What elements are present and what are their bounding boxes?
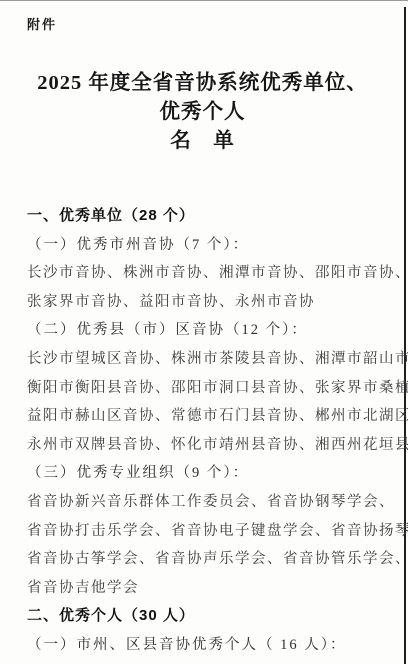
name-line: 省音协吉他学会 [27, 574, 378, 603]
document-title-line-2: 名 单 [27, 127, 378, 156]
document-title-line-1: 2025 年度全省音协系统优秀单位、优秀个人 [27, 69, 378, 127]
document-page: 附件 2025 年度全省音协系统优秀单位、优秀个人 名 单 一、优秀单位（28 … [0, 0, 408, 664]
document-content: 附件 2025 年度全省音协系统优秀单位、优秀个人 名 单 一、优秀单位（28 … [0, 0, 408, 660]
subsection-label-professional-organizations: （三）优秀专业组织（9 个）： [27, 459, 378, 488]
name-line: 长沙市望城区音协、株洲市茶陵县音协、湘潭市韶山市音协、 [27, 345, 378, 374]
name-line: 益阳市赫山区音协、常德市石门县音协、郴州市北湖区音协、 [27, 402, 378, 431]
name-line: 永州市双牌县音协、怀化市靖州县音协、湘西州花垣县音协 [27, 431, 378, 460]
name-line: 长沙市音协、株洲市音协、湘潭市音协、邵阳市音协、 [27, 259, 378, 288]
name-line: 省音协古筝学会、省音协声乐学会、省音协管乐学会、 [27, 545, 378, 574]
section-heading-outstanding-individuals: 二、优秀个人（30 人） [27, 602, 378, 631]
document-body: 一、优秀单位（28 个） （一）优秀市州音协（7 个）： 长沙市音协、株洲市音协… [27, 202, 378, 660]
attachment-label: 附件 [27, 14, 378, 33]
name-line: 张家界市音协、益阳市音协、永州市音协 [27, 288, 378, 317]
name-line: 省音协打击乐学会、省音协电子键盘学会、省音协扬琴学会、 [27, 517, 378, 546]
subsection-label-city-county-individuals: （一）市州、区县音协优秀个人（ 16 人）： [27, 631, 378, 660]
subsection-label-city-associations: （一）优秀市州音协（7 个）： [27, 231, 378, 260]
document-title: 2025 年度全省音协系统优秀单位、优秀个人 名 单 [27, 69, 378, 156]
subsection-label-county-associations: （二）优秀县（市）区音协（12 个）： [27, 316, 378, 345]
name-line: 衡阳市衡阳县音协、邵阳市洞口县音协、张家界市桑植县音协、 [27, 374, 378, 403]
section-heading-outstanding-units: 一、优秀单位（28 个） [27, 202, 378, 231]
name-line: 省音协新兴音乐群体工作委员会、省音协钢琴学会、 [27, 488, 378, 517]
